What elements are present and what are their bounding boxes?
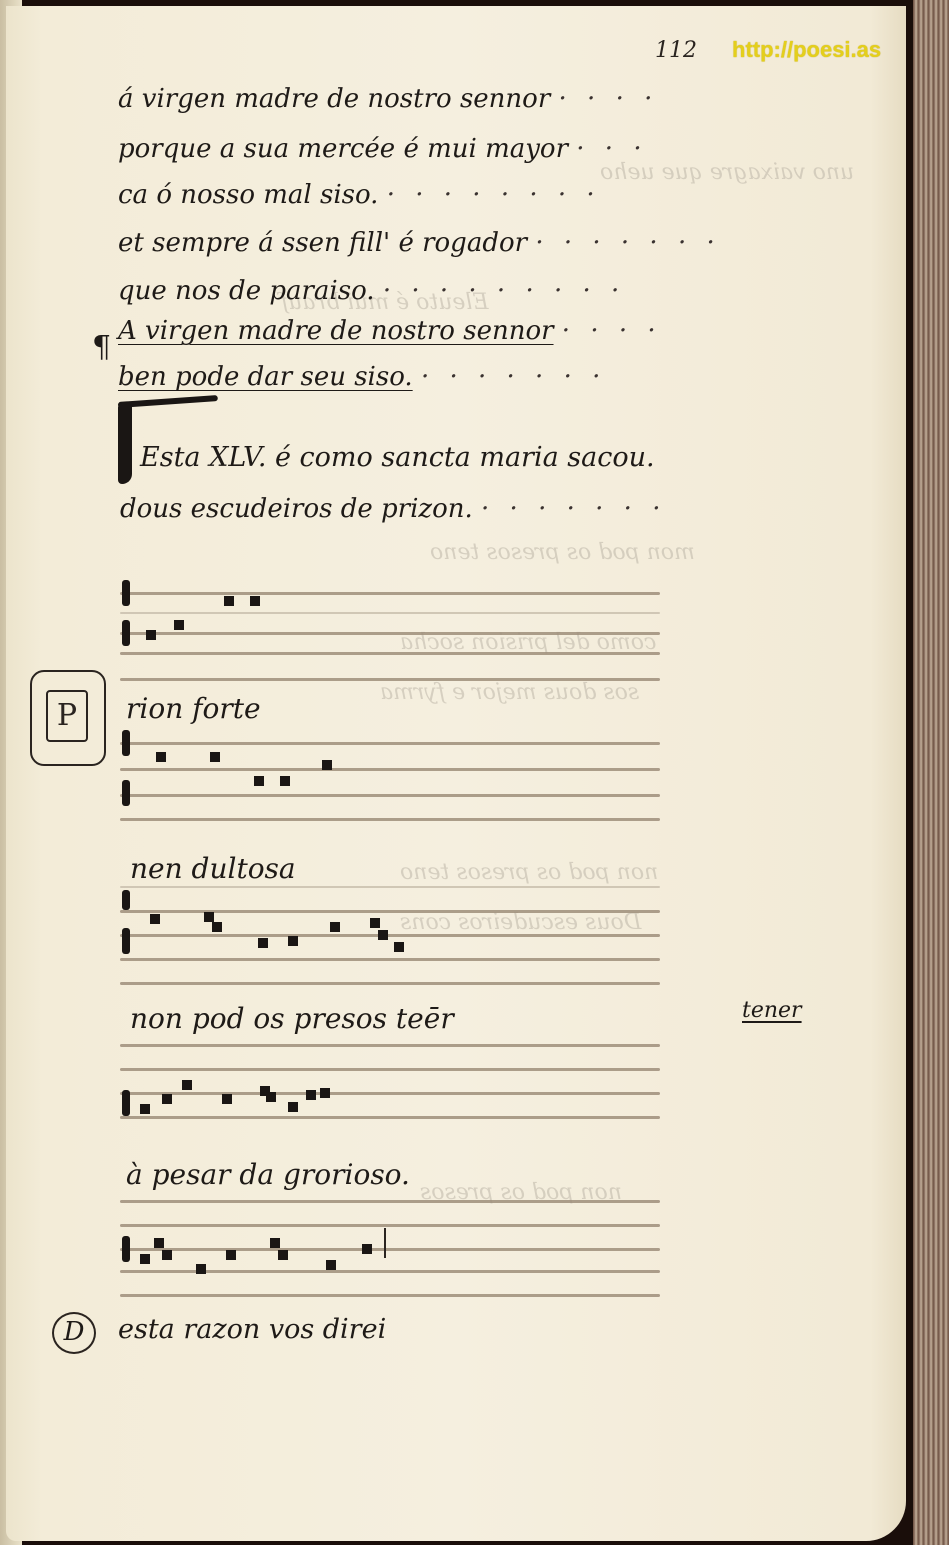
- staff-line: [120, 1092, 660, 1095]
- neume: [156, 752, 166, 762]
- c-clef-icon: [122, 580, 130, 606]
- f-clef-icon: [122, 1236, 130, 1262]
- neume: [146, 630, 156, 640]
- neume: [162, 1250, 172, 1260]
- neume: [222, 1094, 232, 1104]
- neume: [362, 1244, 372, 1254]
- page-number: 112: [655, 38, 697, 63]
- bar-line: [384, 1228, 386, 1258]
- staff-line: [120, 742, 660, 745]
- staff-line: [120, 1200, 660, 1203]
- refrain-line-1: A virgen madre de nostro sennor · · · ·: [118, 316, 662, 346]
- neume: [270, 1238, 280, 1248]
- rubric-line-1: Esta XLV. é como sancta maria sacou.: [140, 442, 655, 473]
- neume: [306, 1090, 316, 1100]
- neume: [320, 1088, 330, 1098]
- rubric-line-2: dous escudeiros de prizon. · · · · · · ·: [120, 494, 666, 524]
- staff-line: [120, 1248, 660, 1251]
- verse-dots: · · · · · · · ·: [387, 180, 601, 210]
- staff-line: [120, 1044, 660, 1047]
- staff-line: [120, 886, 660, 888]
- initial-letter-circle: D: [52, 1312, 96, 1354]
- lyric-line: non pod os presos teēr: [130, 1002, 454, 1035]
- verse-line: porque a sua mercée é mui mayor · · ·: [118, 134, 648, 164]
- staff-line: [120, 1116, 660, 1119]
- neume: [174, 620, 184, 630]
- lyric-line: rion forte: [126, 692, 261, 725]
- initial-letter: P: [46, 690, 88, 742]
- neume: [140, 1254, 150, 1264]
- neume: [288, 936, 298, 946]
- rubric-text: dous escudeiros de prizon.: [120, 494, 473, 524]
- verse-dots: · · ·: [576, 134, 647, 164]
- neume: [162, 1094, 172, 1104]
- refrain-text: ben pode dar seu siso.: [118, 362, 413, 392]
- lyric-line: à pesar da grorioso.: [126, 1158, 410, 1191]
- verse-text: que nos de paraiso.: [118, 276, 375, 306]
- staff-line: [120, 652, 660, 655]
- verse-line: et sempre á ssen fill' é rogador · · · ·…: [118, 228, 721, 258]
- f-clef-icon: [122, 928, 130, 954]
- neume: [224, 596, 234, 606]
- decorated-initial-bar: [118, 402, 132, 484]
- staff-line: [120, 818, 660, 821]
- neume: [326, 1260, 336, 1270]
- neume: [370, 918, 380, 928]
- staff-line: [120, 612, 660, 614]
- neume: [204, 912, 214, 922]
- verse-text: porque a sua mercée é mui mayor: [118, 134, 568, 164]
- neume: [288, 1102, 298, 1112]
- f-clef-icon: [122, 1090, 130, 1116]
- neume: [196, 1264, 206, 1274]
- neume: [266, 1092, 276, 1102]
- staff-line: [120, 1294, 660, 1297]
- verse-text: ca ó nosso mal siso.: [118, 180, 378, 210]
- staff-line: [120, 910, 660, 913]
- staff-line: [120, 934, 660, 937]
- neume: [140, 1104, 150, 1114]
- staff-line: [120, 768, 660, 771]
- staff-line: [120, 1224, 660, 1227]
- refrain-text: A virgen madre de nostro sennor: [118, 316, 554, 346]
- closing-line: esta razon vos direi: [118, 1314, 386, 1345]
- verse-line: que nos de paraiso. · · · · · · · · ·: [118, 276, 625, 306]
- bleed-through-text: non pod os presos teno: [400, 860, 658, 885]
- rubric-dots: · · · · · · ·: [481, 494, 666, 524]
- staff-line: [120, 592, 660, 595]
- paragraph-mark-icon: ¶: [92, 330, 111, 365]
- refrain-dots: · · · ·: [562, 316, 662, 346]
- neume: [212, 922, 222, 932]
- neume: [378, 930, 388, 940]
- f-clef-icon: [122, 620, 130, 646]
- refrain-dots: · · · · · · ·: [421, 362, 606, 392]
- c-clef-icon: [122, 730, 130, 756]
- neume: [150, 914, 160, 924]
- bleed-through-text: mon pod os presos teno: [430, 540, 695, 565]
- refrain-line-2: ben pode dar seu siso. · · · · · · ·: [118, 362, 606, 392]
- verse-text: et sempre á ssen fill' é rogador: [118, 228, 527, 258]
- neume: [258, 938, 268, 948]
- neume: [250, 596, 260, 606]
- page-edges: [913, 0, 949, 1545]
- staff-line: [120, 678, 660, 681]
- neume: [226, 1250, 236, 1260]
- lyric-line: nen dultosa: [130, 852, 296, 885]
- c-clef-icon: [122, 890, 130, 910]
- verse-dots: · · · ·: [559, 84, 659, 114]
- verse-line: á virgen madre de nostro sennor · · · ·: [118, 84, 658, 114]
- staff-line: [120, 958, 660, 961]
- staff-line: [120, 982, 660, 985]
- neume: [154, 1238, 164, 1248]
- verse-line: ca ó nosso mal siso. · · · · · · · ·: [118, 180, 601, 210]
- lyric-text: non pod os presos teēr: [130, 1002, 454, 1035]
- neume: [254, 776, 264, 786]
- verse-dots: · · · · · · ·: [535, 228, 720, 258]
- neume: [278, 1250, 288, 1260]
- neume: [330, 922, 340, 932]
- staff-line: [120, 632, 660, 635]
- neume: [394, 942, 404, 952]
- f-clef-icon: [122, 780, 130, 806]
- staff-line: [120, 794, 660, 797]
- neume: [210, 752, 220, 762]
- margin-note: tener: [742, 998, 802, 1023]
- verse-dots: · · · · · · · · ·: [383, 276, 626, 306]
- neume: [182, 1080, 192, 1090]
- staff-line: [120, 1068, 660, 1071]
- verse-text: á virgen madre de nostro sennor: [118, 84, 550, 114]
- watermark-link[interactable]: http://poesi.as: [732, 37, 881, 63]
- bleed-through-text: Dous escudeiros cons: [400, 910, 641, 935]
- initial-letter-box: P: [30, 670, 106, 766]
- bleed-through-text: sos dous mejor e fyrma: [380, 680, 639, 705]
- neume: [280, 776, 290, 786]
- neume: [322, 760, 332, 770]
